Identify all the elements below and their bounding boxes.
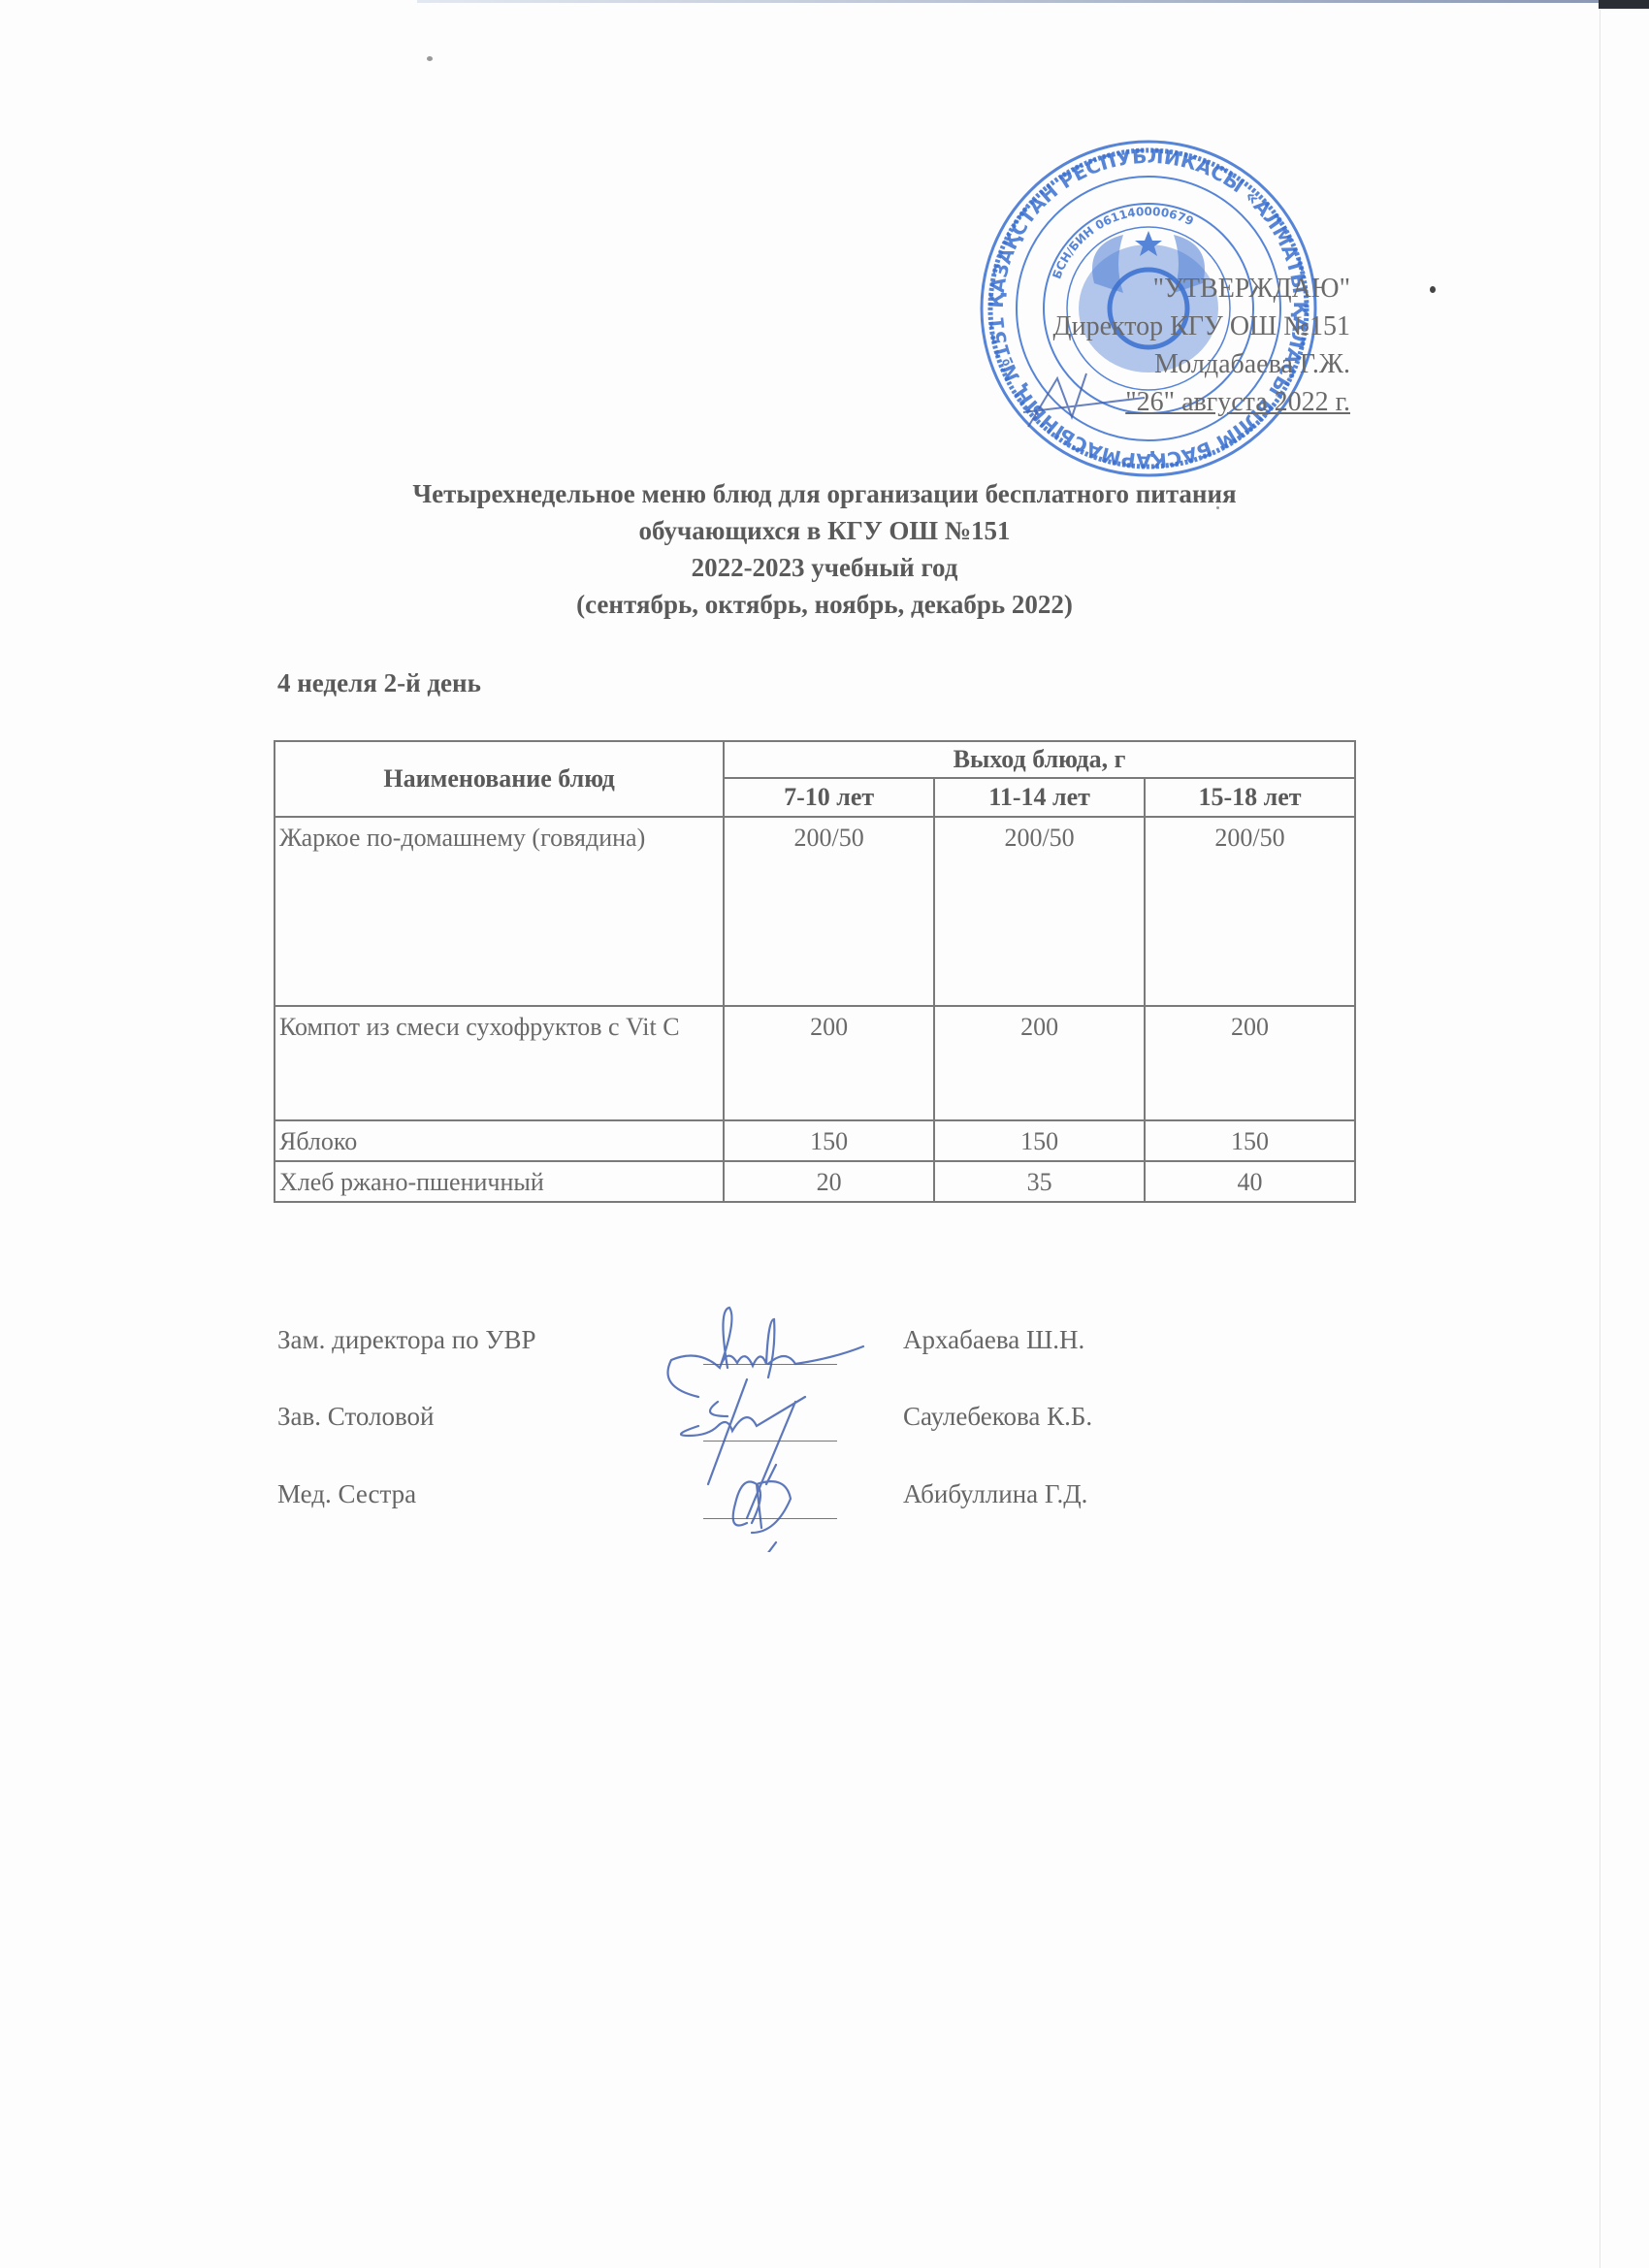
dish-name: Жаркое по-домашнему (говядина) (275, 817, 724, 1006)
table-row: Жаркое по-домашнему (говядина) 200/50 20… (275, 817, 1355, 1006)
scan-speck (1430, 286, 1436, 293)
scan-edge-top (417, 0, 1600, 3)
title-line-4: (сентябрь, октябрь, ноябрь, декабрь 2022… (0, 586, 1649, 623)
dish-output: 200 (1145, 1006, 1355, 1120)
dish-output: 35 (934, 1161, 1145, 1202)
dish-output: 150 (934, 1120, 1145, 1161)
approval-name: Молдабаева Г.Ж. (1053, 345, 1350, 383)
approval-position: Директор КГУ ОШ №151 (1053, 308, 1350, 345)
dish-output: 200/50 (724, 817, 934, 1006)
title-line-2: обучающихся в КГУ ОШ №151 (0, 512, 1649, 549)
signatory-role: Зам. директора по УВР (277, 1325, 536, 1355)
scan-corner-artifact (1599, 0, 1649, 9)
dish-output: 150 (724, 1120, 934, 1161)
dish-output: 40 (1145, 1161, 1355, 1202)
dish-name: Компот из смеси сухофруктов с Vit C (275, 1006, 724, 1120)
document-title: Четырехнедельное меню блюд для организац… (0, 475, 1649, 623)
approval-date: "26" августа 2022 г. (1053, 383, 1350, 421)
dish-output: 200/50 (1145, 817, 1355, 1006)
approval-block: "УТВЕРЖДАЮ" Директор КГУ ОШ №151 Молдаба… (1053, 270, 1350, 421)
table-row: Компот из смеси сухофруктов с Vit C 200 … (275, 1006, 1355, 1120)
dish-name: Хлеб ржано-пшеничный (275, 1161, 724, 1202)
menu-table: Наименование блюд Выход блюда, г 7-10 ле… (274, 740, 1356, 1203)
dish-output: 200 (934, 1006, 1145, 1120)
dish-name: Яблоко (275, 1120, 724, 1161)
title-line-3: 2022-2023 учебный год (0, 549, 1649, 586)
approval-heading: "УТВЕРЖДАЮ" (1053, 270, 1350, 308)
header-age-group: 11-14 лет (934, 778, 1145, 817)
table-row: Яблоко 150 150 150 (275, 1120, 1355, 1161)
header-age-group: 7-10 лет (724, 778, 934, 817)
signatory-role: Мед. Сестра (277, 1479, 416, 1509)
day-label: 4 неделя 2-й день (277, 668, 481, 698)
table-row: Хлеб ржано-пшеничный 20 35 40 (275, 1161, 1355, 1202)
handwritten-signatures-icon (660, 1290, 951, 1552)
signatory-role: Зав. Столовой (277, 1402, 435, 1432)
title-line-1: Четырехнедельное меню блюд для организац… (0, 475, 1649, 512)
dish-output: 200/50 (934, 817, 1145, 1006)
scan-speck (427, 56, 433, 61)
dish-output: 20 (724, 1161, 934, 1202)
scan-edge-right (1600, 10, 1600, 2268)
header-dish-name: Наименование блюд (275, 741, 724, 817)
dish-output: 150 (1145, 1120, 1355, 1161)
header-age-group: 15-18 лет (1145, 778, 1355, 817)
header-output: Выход блюда, г (724, 741, 1355, 778)
dish-output: 200 (724, 1006, 934, 1120)
